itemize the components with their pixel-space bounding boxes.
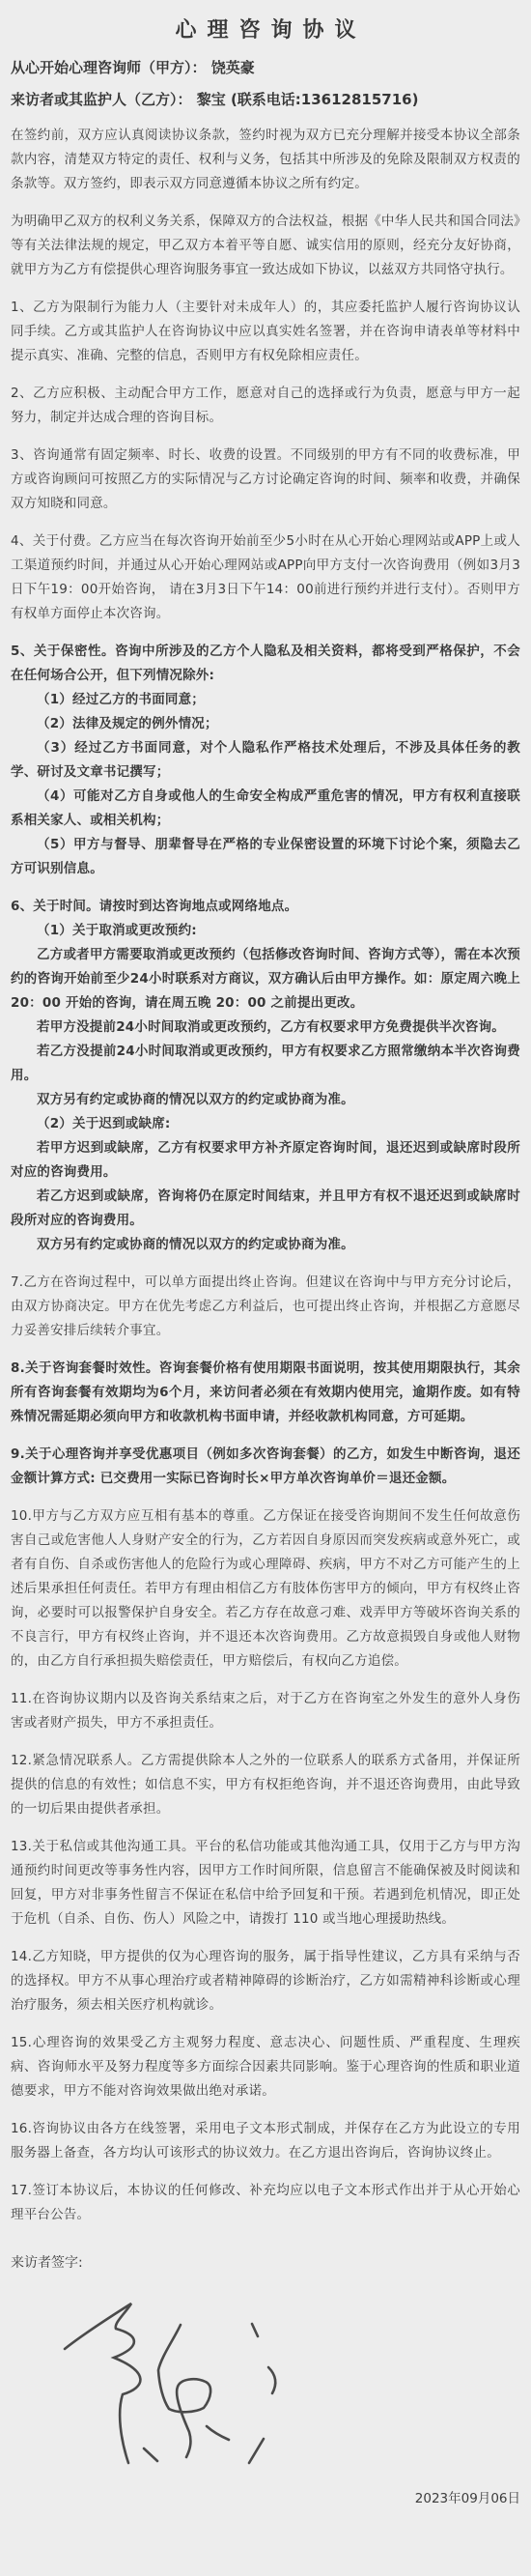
paragraph: 若甲方迟到或缺席，乙方有权要求甲方补齐原定咨询时间，退还迟到或缺席时段所对应的咨… <box>11 1136 520 1185</box>
paragraph: 双方另有约定或协商的情况以双方的约定或协商为准。 <box>11 1088 520 1112</box>
paragraph: 9.关于心理咨询并享受优惠项目（例如多次咨询套餐）的乙方，如发生中断咨询，退还金… <box>11 1443 520 1491</box>
paragraph: 17.签订本协议后，本协议的任何修改、补充均应以电子文本形式作出并于从心开始心理… <box>11 2179 520 2227</box>
paragraph: （5）甲方与督导、朋辈督导在严格的专业保密设置的环境下讨论个案，须隐去乙方可识别… <box>11 833 520 881</box>
paragraph: 在签约前，双方应认真阅读协议条款，签约时视为双方已充分理解并接受本协议全部条款内… <box>11 124 520 196</box>
paragraph: 16.咨询协议由各方在线签署，采用电子文本形式制成，并保存在乙方为此设立的专用服… <box>11 2117 520 2165</box>
paragraph: 7.乙方在咨询过程中，可以单方面提出终止咨询。但建议在咨询中与甲方充分讨论后，由… <box>11 1271 520 1343</box>
paragraph: 若乙方没提前24小时间取消或更改预约，甲方有权要求乙方照常缴纳本半次咨询费用。 <box>11 1040 520 1088</box>
paragraph: 3、咨询通常有固定频率、时长、收费的设置。不同级别的甲方有不同的收费标准，甲方或… <box>11 444 520 516</box>
agreement-paragraphs: 在签约前，双方应认真阅读协议条款，签约时视为双方已充分理解并接受本协议全部条款内… <box>11 124 520 2227</box>
paragraph: 10.甲方与乙方双方应互相有基本的尊重。乙方保证在接受咨询期间不发生任何故意伤害… <box>11 1504 520 1674</box>
paragraph: 6、关于时间。请按时到达咨询地点或网络地点。 <box>11 895 520 919</box>
paragraph: 若甲方没提前24小时间取消或更改预约，乙方有权要求甲方免费提供半次咨询。 <box>11 1016 520 1040</box>
paragraph: 13.关于私信或其他沟通工具。平台的私信功能或其他沟通工具，仅用于乙方与甲方沟通… <box>11 1835 520 1932</box>
paragraph: 乙方或者甲方需要取消或更改预约（包括修改咨询时间、咨询方式等），需在本次预约的咨… <box>11 943 520 1016</box>
paragraph: （2）法律及规定的例外情况； <box>11 712 520 736</box>
paragraph: 2、乙方应积极、主动配合甲方工作，愿意对自己的选择或行为负责，愿意与甲方一起努力… <box>11 382 520 430</box>
paragraph: 11.在咨询协议期内以及咨询关系结束之后，对于乙方在咨询室之外发生的意外人身伤害… <box>11 1687 520 1735</box>
paragraph: 4、关于付费。乙方应当在每次咨询开始前至少5小时在从心开始心理网站或APP上或人… <box>11 530 520 626</box>
paragraph: （1）关于取消或更改预约: <box>11 919 520 943</box>
paragraph: 若乙方迟到或缺席，咨询将仍在原定时间结束，并且甲方有权不退还迟到或缺席时段所对应… <box>11 1185 520 1233</box>
page-title: 心理咨询协议 <box>11 14 520 43</box>
paragraph: 双方另有约定或协商的情况以双方的约定或协商为准。 <box>11 1233 520 1257</box>
paragraph: （4）可能对乙方自身或他人的生命安全构成严重危害的情况，甲方有权利直接联系相关家… <box>11 785 520 833</box>
paragraph: 14.乙方知晓，甲方提供的仅为心理咨询的服务，属于指导性建议，乙方具有采纳与否的… <box>11 1945 520 2018</box>
paragraph: （2）关于迟到或缺席: <box>11 1112 520 1136</box>
paragraph: 为明确甲乙双方的权利义务关系，保障双方的合法权益，根据《中华人民共和国合同法》等… <box>11 210 520 282</box>
paragraph: （1）经过乙方的书面同意； <box>11 688 520 712</box>
paragraph: 1、乙方为限制行为能力人（主要针对未成年人）的，其应委托监护人履行咨询协议认同手… <box>11 296 520 368</box>
paragraph: 5、关于保密性。咨询中所涉及的乙方个人隐私及相关资料，都将受到严格保护，不会在任… <box>11 640 520 688</box>
agreement-document: 心理咨询协议 从心开始心理咨询师（甲方）： 饶英豪 来访者或其监护人（乙方）： … <box>0 0 531 2576</box>
signing-date: 2023年09月06日 <box>11 2489 520 2508</box>
visitor-signature <box>57 2285 298 2483</box>
visitor-signature-label: 来访者签字: <box>11 2252 520 2274</box>
paragraph: （3）经过乙方书面同意，对个人隐私作严格技术处理后，不涉及具体任务的教学、研讨及… <box>11 736 520 785</box>
signature-drawing <box>57 2285 298 2483</box>
paragraph: 12.紧急情况联系人。乙方需提供除本人之外的一位联系人的联系方式备用，并保证所提… <box>11 1749 520 1821</box>
visitor-party-line: 来访者或其监护人（乙方）： 黎宝 (联系电话:13612815716) <box>11 89 520 110</box>
counselor-party-line: 从心开始心理咨询师（甲方）： 饶英豪 <box>11 57 520 78</box>
paragraph: 8.关于咨询套餐时效性。咨询套餐价格有使用期限书面说明，按其使用期限执行，其余所… <box>11 1357 520 1429</box>
paragraph: 15.心理咨询的效果受乙方主观努力程度、意志决心、问题性质、严重程度、生理疾病、… <box>11 2031 520 2104</box>
